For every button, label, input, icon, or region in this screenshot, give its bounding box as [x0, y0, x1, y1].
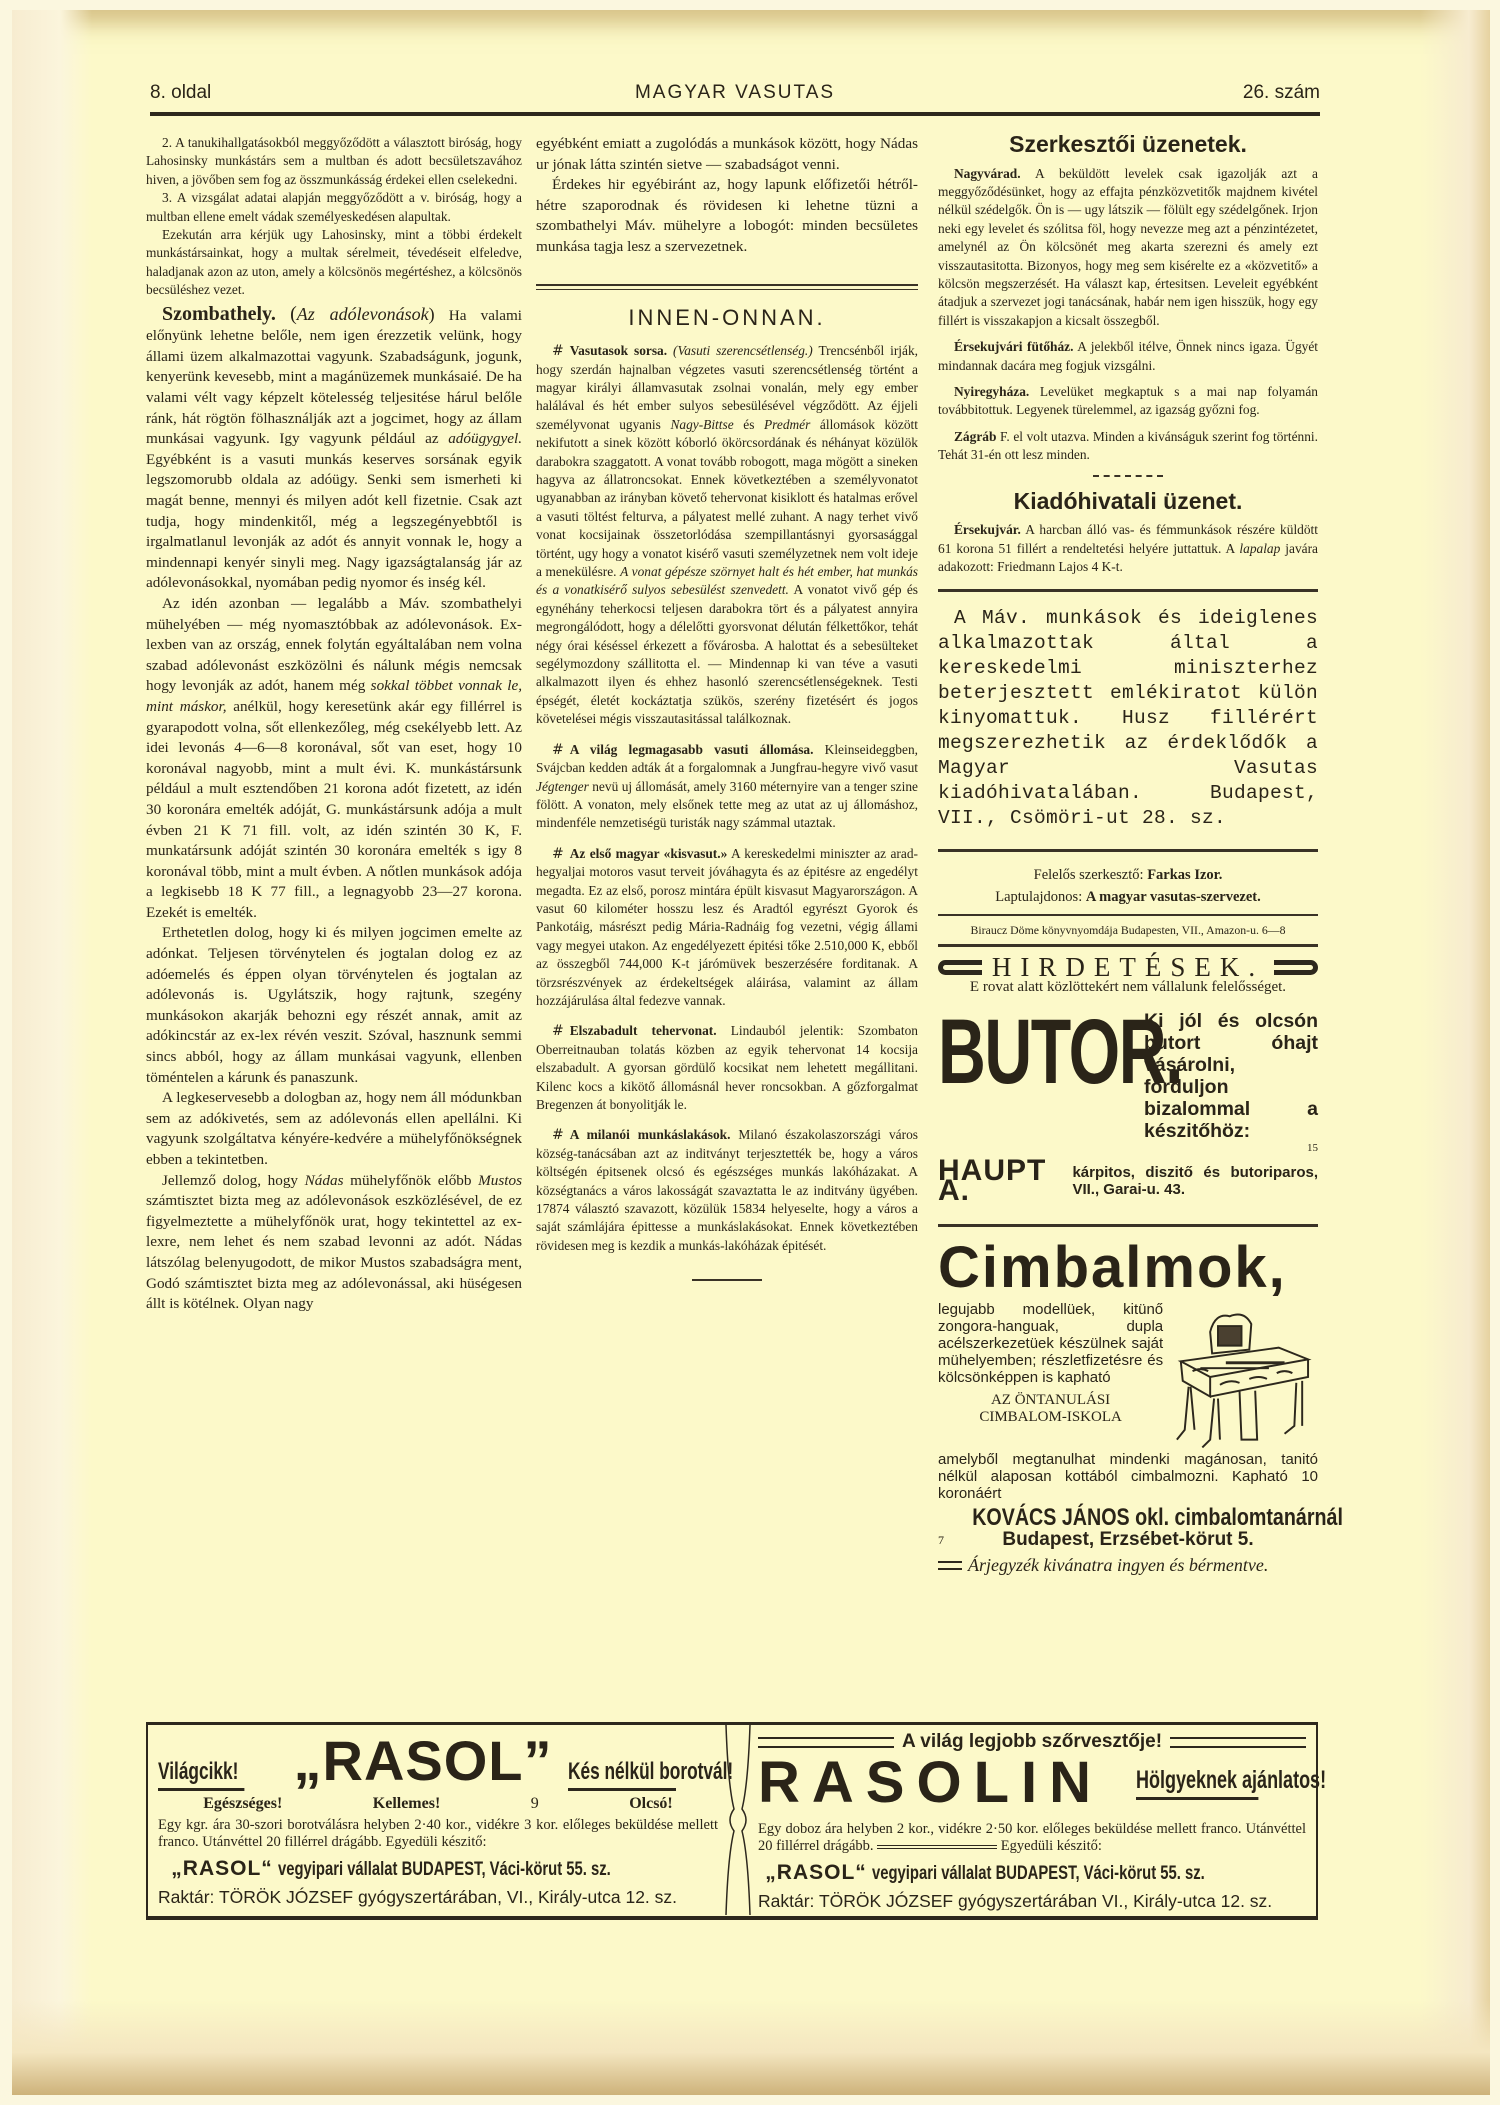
imprint-owner: Laptulajdonos: A magyar vasutas-szerveze… — [938, 888, 1318, 906]
paragraph: Jellemző dolog, hogy Nádas mühelyfőnök e… — [146, 1171, 522, 1315]
section-title-office-message: Kiadóhivatali üzenet. — [938, 491, 1318, 512]
ad-rasol-left-slogan: Világcikk! — [158, 1758, 244, 1791]
paragraph: 2. A tanukihallgatásokból meggyőződött a… — [146, 134, 522, 189]
paragraph: Az idén azonban — legalább a Máv. szomba… — [146, 594, 522, 924]
ad-cimbalmok: Cimbalmok, legujabb modellüek, kitünő zo… — [938, 1235, 1318, 1576]
office-message: Érsekujvár. A harcban álló vas- és fémmu… — [938, 521, 1318, 576]
news-item: #A milanói munkáslakások. Milanó északol… — [536, 1126, 918, 1255]
paragraph: egyébként emiatt a zugolódás a munkások … — [536, 134, 918, 175]
news-title: A világ legmagasabb vasuti állomása. — [570, 742, 814, 757]
divider — [938, 1224, 1318, 1227]
ad-cimbalmok-text: legujabb modellüek, kitünő zongora-hangu… — [938, 1301, 1163, 1386]
column-2: egyébként emiatt a zugolódás a munkások … — [536, 134, 918, 1305]
news-item: #Vasutasok sorsa. (Vasuti szerencsétlens… — [536, 342, 918, 729]
end-rule — [692, 1279, 762, 1281]
news-title: Elszabadult tehervonat. — [570, 1023, 717, 1038]
editor-message: Nagyvárad. A beküldött levelek csak igaz… — [938, 165, 1318, 331]
ad-rasol-warehouse: Raktár: TÖRÖK JÓZSEF gyógyszertárában, V… — [158, 1887, 718, 1908]
paper-edge-left — [12, 10, 92, 2095]
imprint-editor: Felelős szerkesztő: Farkas Izor. — [938, 866, 1318, 884]
dash-divider — [1093, 475, 1163, 477]
ad-rasol-right-slogan: Kés nélkül borotvál! — [568, 1758, 676, 1791]
paragraph: A legkeservesebb a dologban az, hogy nem… — [146, 1088, 522, 1170]
hash-icon: # — [552, 343, 564, 359]
ad-butor-address: kárpitos, diszitő és butoriparos, VII., … — [1072, 1164, 1318, 1198]
hash-icon: # — [552, 846, 564, 862]
ad-rasolin-brand: RASOLIN — [758, 1753, 1103, 1813]
paragraph: 3. A vizsgálat adatai alapján meggyőződö… — [146, 189, 522, 226]
paper-edge-right — [1420, 10, 1490, 2095]
hash-icon: # — [552, 1127, 564, 1143]
ad-butor: BUTOR. Ki jól és olcsón butort óhajt vás… — [938, 1010, 1318, 1202]
ad-rasol-body: Egy kgr. ára 30-szori borotválásra helyb… — [158, 1817, 718, 1851]
bottom-ads-box: Világcikk! „RASOL” Kés nélkül borotvál! … — [146, 1722, 1318, 1920]
notice-memorandum: A Máv. munkások és ideiglenes alkalmazot… — [938, 606, 1318, 831]
ad-rasolin-warehouse: Raktár: TÖRÖK JÓZSEF gyógyszertárában VI… — [758, 1891, 1306, 1912]
paragraph: Erthetetlen dolog, hogy ki és milyen jog… — [146, 923, 522, 1088]
news-title: Az első magyar «kisvasut.» — [570, 846, 728, 861]
paragraph: Érdekes hir egyébiránt az, hogy lapunk e… — [536, 175, 918, 257]
news-item: #Elszabadult tehervonat. Lindauból jelen… — [536, 1022, 918, 1114]
divider — [938, 944, 1318, 947]
editor-message: Zágráb F. el volt utazva. Minden a kiván… — [938, 428, 1318, 465]
section-title-editor-messages: Szerkesztői üzenetek. — [938, 134, 1318, 155]
pill-ornament-icon — [938, 960, 982, 975]
divider — [938, 589, 1318, 592]
ads-header: HIRDETÉSEK. — [938, 957, 1318, 978]
masthead: 8. oldal MAGYAR VASUTAS 26. szám — [150, 78, 1320, 108]
ad-butor-headline: BUTOR. — [938, 1010, 1089, 1094]
divider — [938, 849, 1318, 852]
paragraph: Ezekután arra kérjük ugy Lahosinsky, min… — [146, 226, 522, 300]
section-divider — [536, 284, 918, 290]
printer-line: Biraucz Döme könyvnyomdája Budapesten, V… — [938, 922, 1318, 938]
ad-cimbalmok-headline: Cimbalmok, — [938, 1235, 1318, 1301]
pill-ornament-icon — [1274, 960, 1318, 975]
article-lead: Szombathely. — [162, 303, 276, 325]
cimbalom-illustration-icon — [1171, 1301, 1318, 1451]
issue-number: 26. szám — [1243, 82, 1320, 104]
divider — [938, 914, 1318, 916]
article-szombathely: Szombathely. (Az adólevonások) Ha valami… — [146, 304, 522, 594]
news-title: Vasutasok sorsa. — [570, 343, 667, 358]
ad-cimbalmok-address: Budapest, Erzsébet-körut 5. — [968, 1530, 1288, 1551]
article-subtitle: Az adólevonások — [297, 304, 429, 324]
column-3: Szerkesztői üzenetek. Nagyvárad. A bekül… — [938, 134, 1318, 1575]
ad-rasol: Világcikk! „RASOL” Kés nélkül borotvál! … — [158, 1731, 718, 1908]
ad-ref: 7 — [938, 1530, 968, 1551]
ad-rasol-maker: „RASOL“ vegyipari vállalat BUDAPEST, Vác… — [158, 1857, 718, 1881]
ad-rasolin-slogan: Hölgyeknek ajánlatos! — [1136, 1766, 1258, 1800]
paper-edge-bottom — [12, 2000, 1490, 2095]
ornamental-divider-icon — [722, 1725, 754, 1915]
hash-icon: # — [552, 742, 564, 758]
ad-rasolin-body: Egy doboz ára helyben 2 kor., vidékre 2·… — [758, 1821, 1306, 1855]
news-item: #Az első magyar «kisvasut.» A kereskedel… — [536, 845, 918, 1011]
ad-cimbalmok-school-text: amelyből megtanulhat mindenki magánosan,… — [938, 1451, 1318, 1502]
news-item: #A világ legmagasabb vasuti állomása. Kl… — [536, 741, 918, 833]
editor-message: Nyiregyháza. Levelüket megkaptuk s a mai… — [938, 383, 1318, 420]
section-title-innen-onnan: INNEN-ONNAN. — [536, 308, 918, 329]
masthead-rule — [150, 112, 1320, 116]
ads-disclaimer: E rovat alatt közlöttekért nem vállalunk… — [938, 978, 1318, 996]
ad-butor-name: HAUPT A. — [938, 1161, 1072, 1202]
hash-icon: # — [552, 1023, 564, 1039]
ad-cimbalmok-maker: KOVÁCS JÁNOS okl. cimbalomtanárnál — [972, 1508, 1284, 1529]
ad-rasolin-maker: „RASOL“ vegyipari vállalat BUDAPEST, Vác… — [758, 1861, 1306, 1885]
ad-cimbalmok-catalog: Árjegyzék kivánatra ingyen és bérmentve. — [968, 1555, 1268, 1576]
editor-message: Érsekujvári fütőház. A jelekből itélve, … — [938, 338, 1318, 375]
column-1: 2. A tanukihallgatásokból meggyőződött a… — [146, 134, 522, 1315]
double-dash-icon — [938, 1561, 962, 1570]
ad-rasol-brand: „RASOL” — [294, 1731, 553, 1791]
ad-rasolin: A világ legjobb szőrvesztője! RASOLIN Hö… — [758, 1731, 1306, 1912]
news-title: A milanói munkáslakások. — [570, 1127, 731, 1142]
newspaper-title: MAGYAR VASUTAS — [150, 82, 1320, 104]
